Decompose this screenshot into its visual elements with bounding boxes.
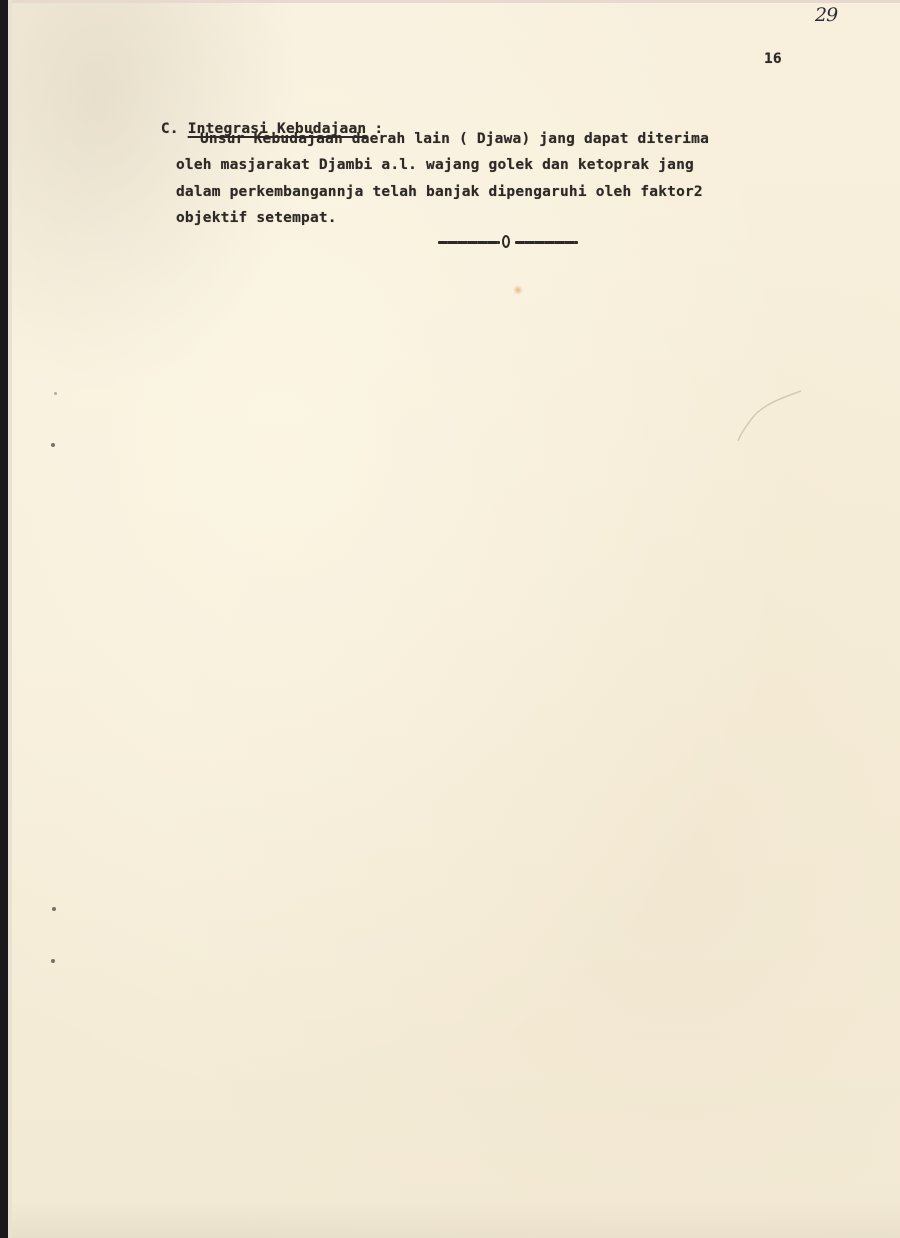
- page-number: 16: [764, 51, 782, 67]
- paper-stain: [513, 285, 523, 295]
- paragraph-line: dalam perkembangannja telah banjak dipen…: [176, 184, 703, 200]
- punch-hole-mark: [52, 907, 56, 911]
- separator-dashes-right: [515, 241, 578, 244]
- paragraph-line: oleh masjarakat Djambi a.l. wajang golek…: [176, 157, 694, 173]
- section-separator: [438, 233, 578, 251]
- separator-dashes-left: [438, 241, 500, 244]
- punch-hole-mark: [54, 392, 57, 395]
- handwritten-annotation: 29: [815, 4, 837, 26]
- punch-hole-mark: [51, 443, 55, 447]
- scan-top-edge: [12, 0, 900, 3]
- paragraph-line: objektif setempat.: [176, 210, 337, 226]
- punch-hole-mark: [51, 959, 55, 963]
- paper-crease: [735, 385, 805, 445]
- scan-left-edge: [0, 0, 8, 1238]
- scan-left-edge-highlight: [8, 0, 12, 1238]
- separator-circle: [502, 235, 510, 248]
- section-letter: C.: [161, 121, 179, 137]
- paragraph-line: Unsur Kebudajaan daerah lain ( Djawa) ja…: [200, 131, 709, 147]
